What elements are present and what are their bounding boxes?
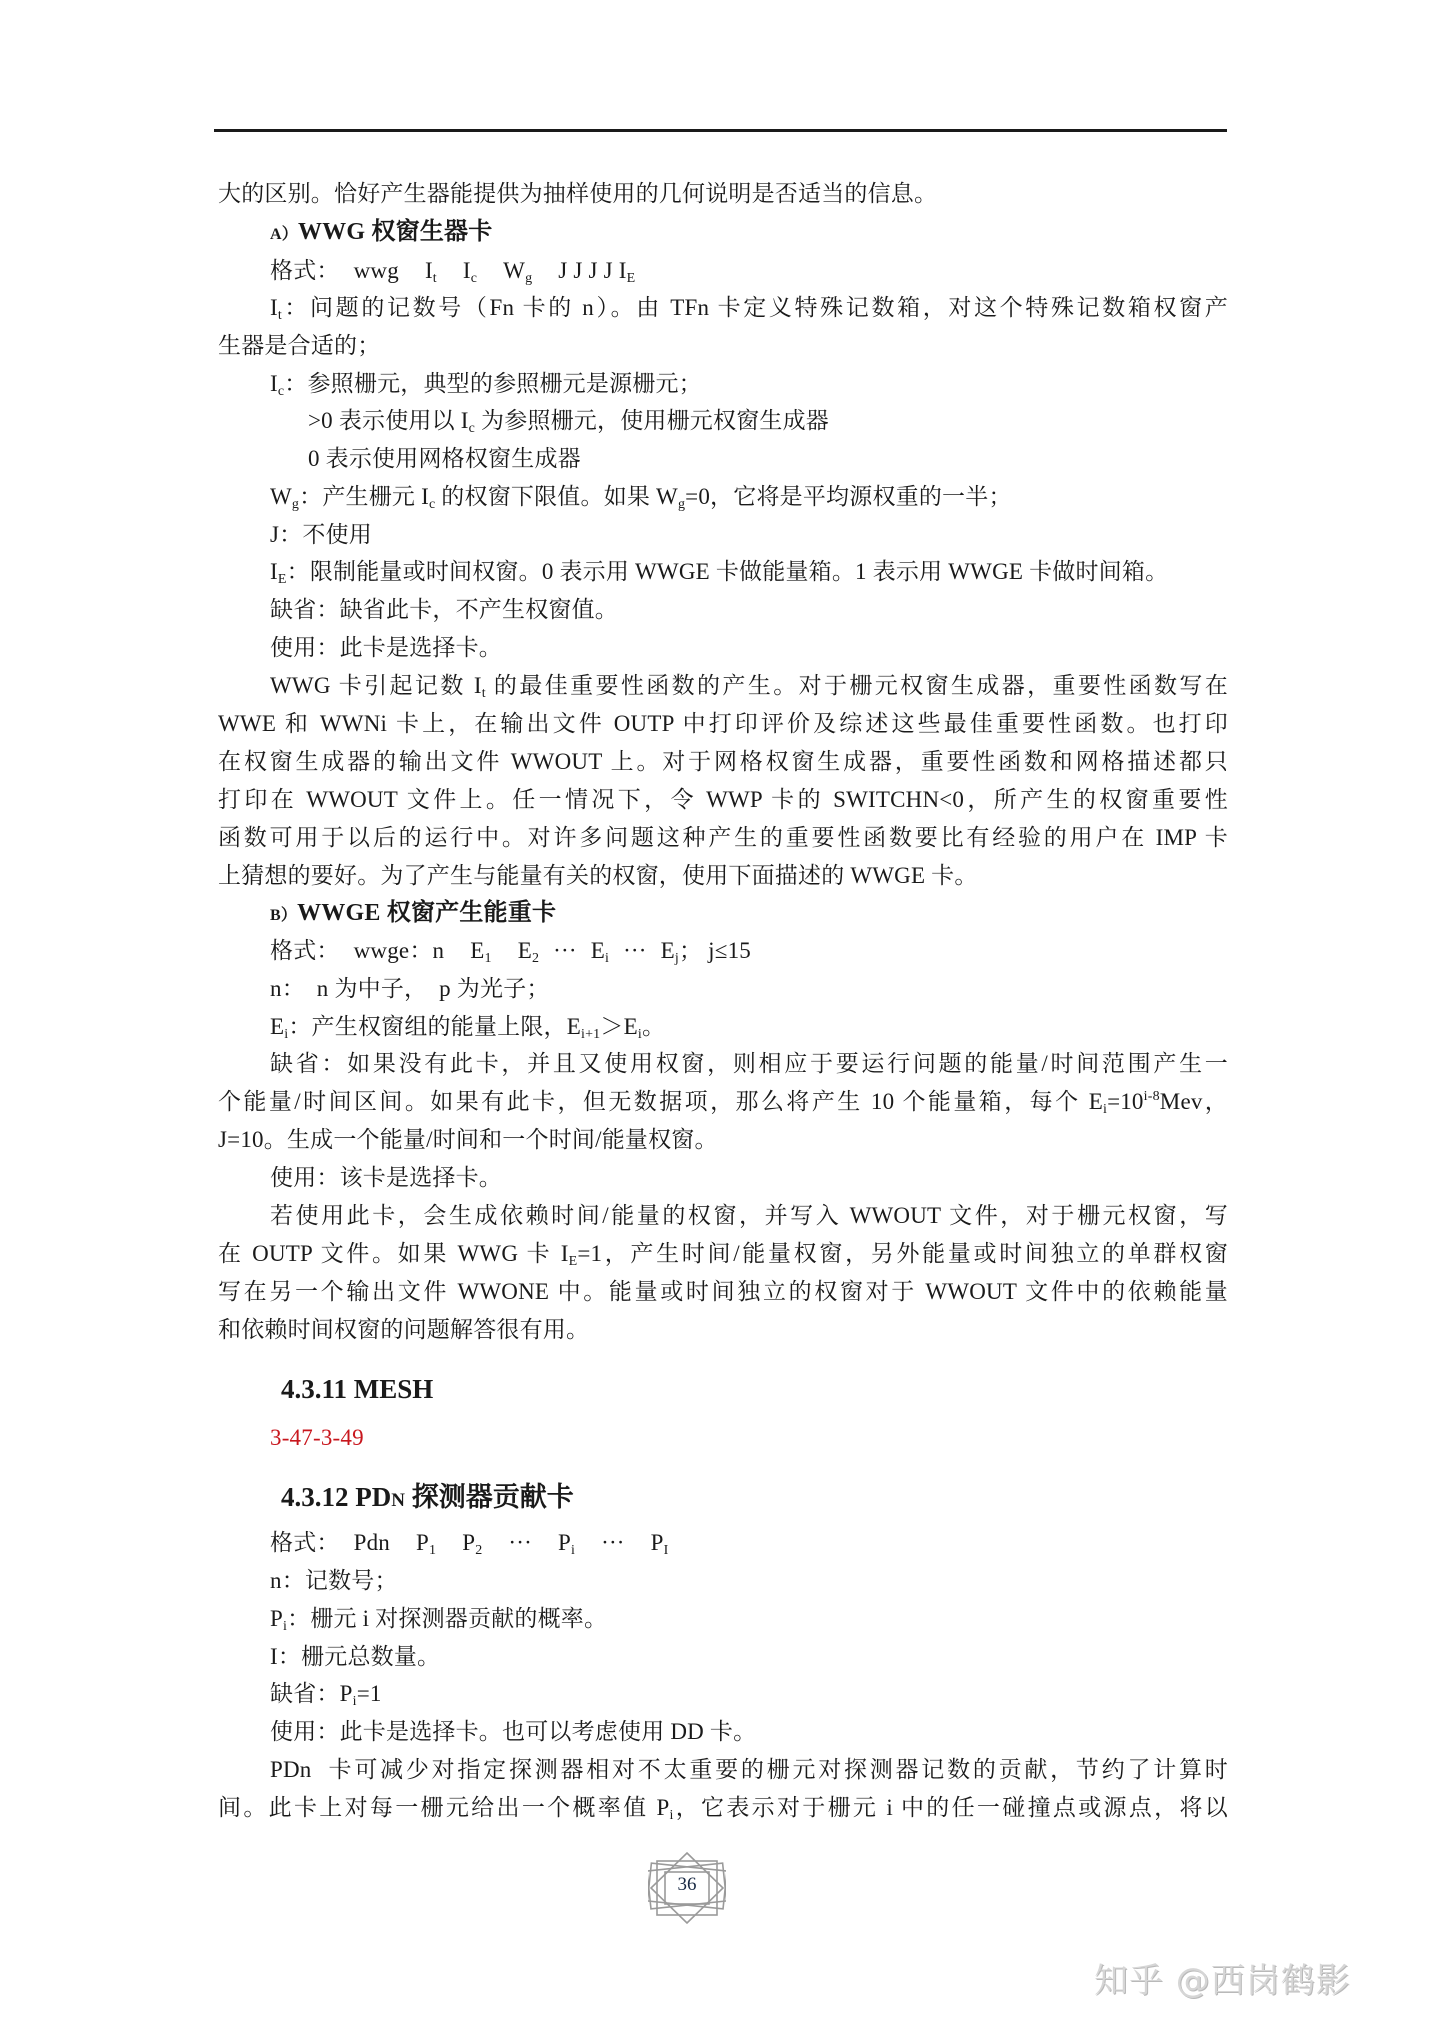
wwg-para-post: 的最佳重要性函数的产生。对于栅元权窗生成器，重要性函数写在: [486, 673, 1228, 698]
section-a-default: 缺省：缺省此卡，不产生权窗值。: [270, 595, 1280, 625]
zhihu-watermark: 知乎 @西岗鹤影: [1094, 1953, 1351, 2002]
section-b-usage: 使用：该卡是选择卡。: [270, 1163, 1280, 1193]
pdn-title-sc: N: [391, 1490, 405, 1511]
pi-text: ：栅元 i 对探测器贡献的概率。: [287, 1606, 607, 1631]
pi-label: P: [270, 1606, 283, 1631]
format-pI-sub: I: [664, 1543, 669, 1558]
it-def-line2: 生器是合适的；: [218, 331, 1228, 361]
wg-label: W: [270, 484, 292, 509]
format-ic: I: [463, 258, 471, 283]
ic-text: ：参照栅元，典型的参照栅元是源栅元；: [284, 371, 702, 396]
ic-gt0-pre: >0 表示使用以 I: [308, 408, 469, 433]
ie-def: IE：限制能量或时间权窗。0 表示用 WWGE 卡做能量箱。1 表示用 WWGE…: [270, 557, 1280, 587]
header-rule: [214, 129, 1227, 132]
pdn-para-line: 间。此卡上对每一栅元给出一个概率值 Pi，它表示对于栅元 i 中的任一碰撞点或源…: [218, 1793, 1228, 1823]
pdn-title-pre: 4.3.12 PD: [281, 1482, 391, 1512]
section-mesh-heading: 4.3.11 MESH: [281, 1372, 433, 1406]
section-a-heading: A）WWG 权窗生器卡: [270, 217, 1280, 250]
section-b-default-line: 缺省：如果没有此卡，并且又使用权窗，则相应于要运行问题的能量/时间范围产生一: [270, 1049, 1228, 1079]
ie-sub: E: [278, 572, 287, 587]
section-b-marker: B）: [270, 907, 297, 924]
ie-label: I: [270, 559, 278, 584]
ei-label: E: [270, 1014, 284, 1039]
format-limit: ； j≤15: [679, 938, 751, 963]
default-line2-post: Mev，: [1160, 1089, 1228, 1114]
section-pdn-format: 格式：PdnP1P2···Pi···PI: [270, 1528, 1280, 1558]
format-dots: ···: [601, 1530, 625, 1555]
format-keyword: Pdn: [354, 1530, 390, 1555]
section-b-para-line: 若使用此卡，会生成依赖时间/能量的权窗，并写入 WWOUT 文件，对于栅元权窗，…: [270, 1201, 1228, 1231]
para-line2-pre: 在 OUTP 文件。如果 WWG 卡 I: [218, 1241, 569, 1266]
format-dots: ···: [623, 938, 647, 963]
section-a-title: WWG 权窗生器卡: [298, 219, 492, 245]
section-b-title: WWGE 权窗产生能重卡: [297, 900, 556, 926]
format-keyword: wwge：n: [354, 938, 445, 963]
format-ie-sub: E: [627, 271, 636, 286]
format-ic-sub: c: [471, 271, 477, 286]
it-def-line1: It：问题的记数号（Fn 卡的 n）。由 TFn 卡定义特殊记数箱，对这个特殊记…: [270, 293, 1228, 323]
pdn-pi-def: Pi：栅元 i 对探测器贡献的概率。: [270, 1604, 1280, 1634]
section-b-para-line: 和依赖时间权窗的问题解答很有用。: [218, 1315, 1228, 1345]
ic-def: Ic：参照栅元，典型的参照栅元是源栅元；: [270, 369, 1280, 399]
it-text: ：问题的记数号（Fn 卡的 n）。由 TFn 卡定义特殊记数箱，对这个特殊记数箱…: [282, 295, 1228, 320]
format-e1: E: [470, 938, 484, 963]
wwg-para-line: WWE 和 WWNi 卡上，在输出文件 OUTP 中打印评价及综述这些最佳重要性…: [218, 709, 1228, 739]
pdn-para-line: PDn 卡可减少对指定探测器相对不太重要的栅元对探测器记数的贡献，节约了计算时: [270, 1755, 1228, 1785]
ie-text: ：限制能量或时间权窗。0 表示用 WWGE 卡做能量箱。1 表示用 WWGE 卡…: [287, 559, 1169, 584]
pdn-default-post: =1: [357, 1681, 382, 1706]
format-p2-sub: 2: [475, 1543, 482, 1558]
pdn-n-def: n：记数号；: [270, 1566, 1280, 1596]
format-label: 格式：: [270, 938, 340, 963]
ei-text-3: 。: [642, 1014, 665, 1039]
ei-text-2: ＞E: [600, 1014, 637, 1039]
pdn-default: 缺省：Pi=1: [270, 1679, 1280, 1709]
wg-text-1: ：产生栅元 I: [299, 484, 429, 509]
pdn-usage: 使用：此卡是选择卡。也可以考虑使用 DD 卡。: [270, 1717, 1280, 1747]
format-ei: E: [591, 938, 605, 963]
default-line2-pre: 个能量/时间区间。如果有此卡，但无数据项，那么将产生 10 个能量箱，每个 E: [218, 1089, 1103, 1114]
wwg-para-line: 打印在 WWOUT 文件上。任一情况下，令 WWP 卡的 SWITCHN<0，所…: [218, 785, 1228, 815]
format-dots: ···: [508, 1530, 532, 1555]
section-a-marker: A）: [270, 226, 298, 243]
page-number-ornament: 36: [648, 1852, 726, 1924]
format-j-ie: J J J J I: [558, 258, 626, 283]
format-e2-sub: 2: [532, 951, 539, 966]
section-b-para-line: 写在另一个输出文件 WWONE 中。能量或时间独立的权窗对于 WWOUT 文件中…: [218, 1277, 1228, 1307]
wg-text-2: 的权窗下限值。如果 W: [435, 484, 678, 509]
pdn-para2-post: ，它表示对于栅元 i 中的任一碰撞点或源点，将以: [674, 1795, 1228, 1820]
ic-gt0-post: 为参照栅元，使用栅元权窗生成器: [475, 408, 829, 433]
default-line2-mid: =10: [1107, 1089, 1144, 1114]
format-it-sub: t: [433, 271, 437, 286]
wwg-para-line: 在权窗生成器的输出文件 WWOUT 上。对于网格权窗生成器，重要性函数和网格描述…: [218, 747, 1228, 777]
format-label: 格式：: [270, 1530, 340, 1555]
mesh-page-ref: 3-47-3-49: [270, 1423, 1280, 1453]
format-e2: E: [518, 938, 532, 963]
format-pI: P: [651, 1530, 664, 1555]
wwg-para-line: WWG 卡引起记数 It 的最佳重要性函数的产生。对于栅元权窗生成器，重要性函数…: [270, 671, 1228, 701]
ic-gt0: >0 表示使用以 Ic 为参照栅元，使用栅元权窗生成器: [308, 406, 1318, 436]
format-keyword: wwg: [354, 258, 399, 283]
pdn-i-def: I：栅元总数量。: [270, 1642, 1280, 1672]
ic-eq0: 0 表示使用网格权窗生成器: [308, 444, 1318, 474]
format-ej: E: [661, 938, 675, 963]
format-p1-sub: 1: [429, 1543, 436, 1558]
format-ei-sub: i: [605, 951, 609, 966]
ei-text-sub1: i+1: [581, 1027, 600, 1042]
wg-def: Wg：产生栅元 Ic 的权窗下限值。如果 Wg=0，它将是平均源权重的一半；: [270, 482, 1280, 512]
ic-label: I: [270, 371, 278, 396]
wg-text-3: =0，它将是平均源权重的一半；: [685, 484, 1011, 509]
section-b-para-line: 在 OUTP 文件。如果 WWG 卡 IE=1，产生时间/能量权窗，另外能量或时…: [218, 1239, 1228, 1269]
format-p2: P: [462, 1530, 475, 1555]
j-def: J：不使用: [270, 520, 1280, 550]
format-p1: P: [416, 1530, 429, 1555]
section-a-format: 格式：wwgItIcWgJ J J J IE: [270, 256, 1280, 286]
default-line2-sup: i-8: [1144, 1089, 1160, 1104]
document-page: 大的区别。恰好产生器能提供为抽样使用的几何说明是否适当的信息。 A）WWG 权窗…: [0, 0, 1440, 2037]
ei-text-1: ：产生权窗组的能量上限，E: [288, 1014, 581, 1039]
format-label: 格式：: [270, 258, 340, 283]
section-b-heading: B）WWGE 权窗产生能重卡: [270, 898, 1280, 931]
format-e1-sub: 1: [485, 951, 492, 966]
page-number: 36: [648, 1873, 726, 1897]
format-wg: W: [503, 258, 525, 283]
pdn-para2-pre: 间。此卡上对每一栅元给出一个概率值 P: [218, 1795, 669, 1820]
it-label: I: [270, 295, 278, 320]
wwg-para-line: 函数可用于以后的运行中。对许多问题这种产生的重要性函数要比有经验的用户在 IMP…: [218, 823, 1228, 853]
wwg-para-pre: WWG 卡引起记数 I: [270, 673, 482, 698]
format-wg-sub: g: [525, 271, 532, 286]
ei-def: Ei：产生权窗组的能量上限，Ei+1＞Ei。: [270, 1012, 1280, 1042]
section-a-usage: 使用：此卡是选择卡。: [270, 633, 1280, 663]
format-pi: P: [558, 1530, 571, 1555]
section-b-default-line: 个能量/时间区间。如果有此卡，但无数据项，那么将产生 10 个能量箱，每个 Ei…: [218, 1087, 1228, 1117]
section-pdn-heading: 4.3.12 PDN 探测器贡献卡: [281, 1480, 574, 1518]
format-it: I: [425, 258, 433, 283]
intro-line: 大的区别。恰好产生器能提供为抽样使用的几何说明是否适当的信息。: [218, 179, 1228, 209]
section-b-default-line: J=10。生成一个能量/时间和一个时间/能量权窗。: [218, 1125, 1228, 1155]
wwg-para-line: 上猜想的要好。为了产生与能量有关的权窗，使用下面描述的 WWGE 卡。: [218, 861, 1228, 891]
para-line2-post: =1，产生时间/能量权窗，另外能量或时间独立的单群权窗: [577, 1241, 1228, 1266]
section-b-format: 格式：wwge：nE1E2···Ei···Ej； j≤15: [270, 936, 1280, 966]
pdn-title-post: 探测器贡献卡: [405, 1482, 574, 1512]
pdn-default-pre: 缺省：P: [270, 1681, 353, 1706]
format-pi-sub: i: [571, 1543, 575, 1558]
section-b-n-def: n： n 为中子， p 为光子；: [270, 974, 1280, 1004]
format-dots: ···: [553, 938, 577, 963]
